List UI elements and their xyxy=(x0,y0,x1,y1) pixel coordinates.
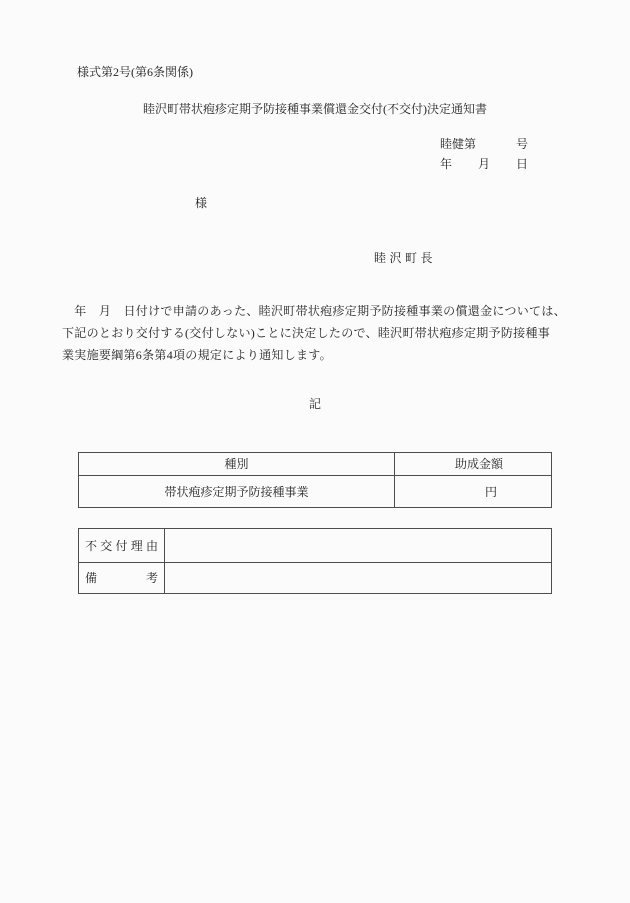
remarks-label: 備 考 xyxy=(79,563,165,593)
grant-amount-table: 種別 助成金額 帯状疱疹定期予防接種事業 円 xyxy=(78,452,552,508)
non-grant-reason-label: 不 交 付 理 由 xyxy=(79,529,165,563)
document-page: 様式第2号(第6条関係) 睦沢町帯状疱疹定期予防接種事業償還金交付(不交付)決定… xyxy=(0,0,630,903)
grant-table-amount-cell: 円 xyxy=(395,476,551,507)
reason-remarks-table: 不 交 付 理 由 備 考 xyxy=(78,528,552,594)
non-grant-reason-value xyxy=(165,529,551,563)
form-number-label: 様式第2号(第6条関係) xyxy=(77,63,193,81)
date-day-label: 日 xyxy=(516,155,528,173)
body-line-3: 業実施要綱第6条第4項の規定により通知します。 xyxy=(62,344,568,366)
remarks-value xyxy=(165,563,551,593)
addressee-honorific: 様 xyxy=(195,194,207,212)
document-number-line: 睦健第 号 xyxy=(440,135,528,153)
grant-table-header-amount: 助成金額 xyxy=(395,453,551,476)
grant-table-category-cell: 帯状疱疹定期予防接種事業 xyxy=(79,476,395,507)
body-paragraph: 年 月 日付けで申請のあった、睦沢町帯状疱疹定期予防接種事業の償還金については、… xyxy=(62,300,568,366)
date-month-label: 月 xyxy=(478,155,490,173)
sender-title: 睦沢町長 xyxy=(374,249,436,267)
document-title: 睦沢町帯状疱疹定期予防接種事業償還金交付(不交付)決定通知書 xyxy=(0,100,630,118)
document-number-suffix: 号 xyxy=(516,135,528,153)
record-marker: 記 xyxy=(0,395,630,413)
date-line: 年 月 日 xyxy=(440,155,528,173)
document-number-prefix: 睦健第 xyxy=(440,135,476,153)
date-year-label: 年 xyxy=(440,155,452,173)
body-line-2: 下記のとおり交付する(交付しない)ことに決定したので、睦沢町帯状疱疹定期予防接種… xyxy=(62,322,568,344)
grant-table-header-category: 種別 xyxy=(79,453,395,476)
body-line-1: 年 月 日付けで申請のあった、睦沢町帯状疱疹定期予防接種事業の償還金については、 xyxy=(62,300,568,322)
